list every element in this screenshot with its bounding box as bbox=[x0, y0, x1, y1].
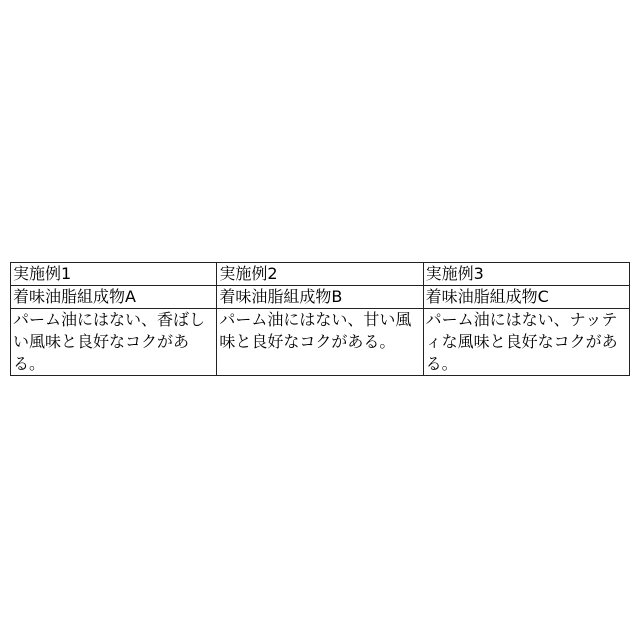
composition-row: 着味油脂組成物A 着味油脂組成物B 着味油脂組成物C bbox=[11, 286, 630, 309]
example-2-composition: 着味油脂組成物B bbox=[217, 286, 423, 309]
example-2-description: パーム油にはない、甘い風味と良好なコクがある。 bbox=[217, 309, 423, 376]
example-1-description: パーム油にはない、香ばしい風味と良好なコクがある。 bbox=[11, 309, 217, 376]
description-row: パーム油にはない、香ばしい風味と良好なコクがある。 パーム油にはない、甘い風味と… bbox=[11, 309, 630, 376]
example-3-description: パーム油にはない、ナッティな風味と良好なコクがある。 bbox=[423, 309, 629, 376]
example-1-header: 実施例1 bbox=[11, 263, 217, 286]
example-3-composition: 着味油脂組成物C bbox=[423, 286, 629, 309]
example-1-composition: 着味油脂組成物A bbox=[11, 286, 217, 309]
examples-table: 実施例1 実施例2 実施例3 着味油脂組成物A 着味油脂組成物B 着味油脂組成物… bbox=[10, 262, 630, 376]
example-3-header: 実施例3 bbox=[423, 263, 629, 286]
header-row: 実施例1 実施例2 実施例3 bbox=[11, 263, 630, 286]
example-2-header: 実施例2 bbox=[217, 263, 423, 286]
